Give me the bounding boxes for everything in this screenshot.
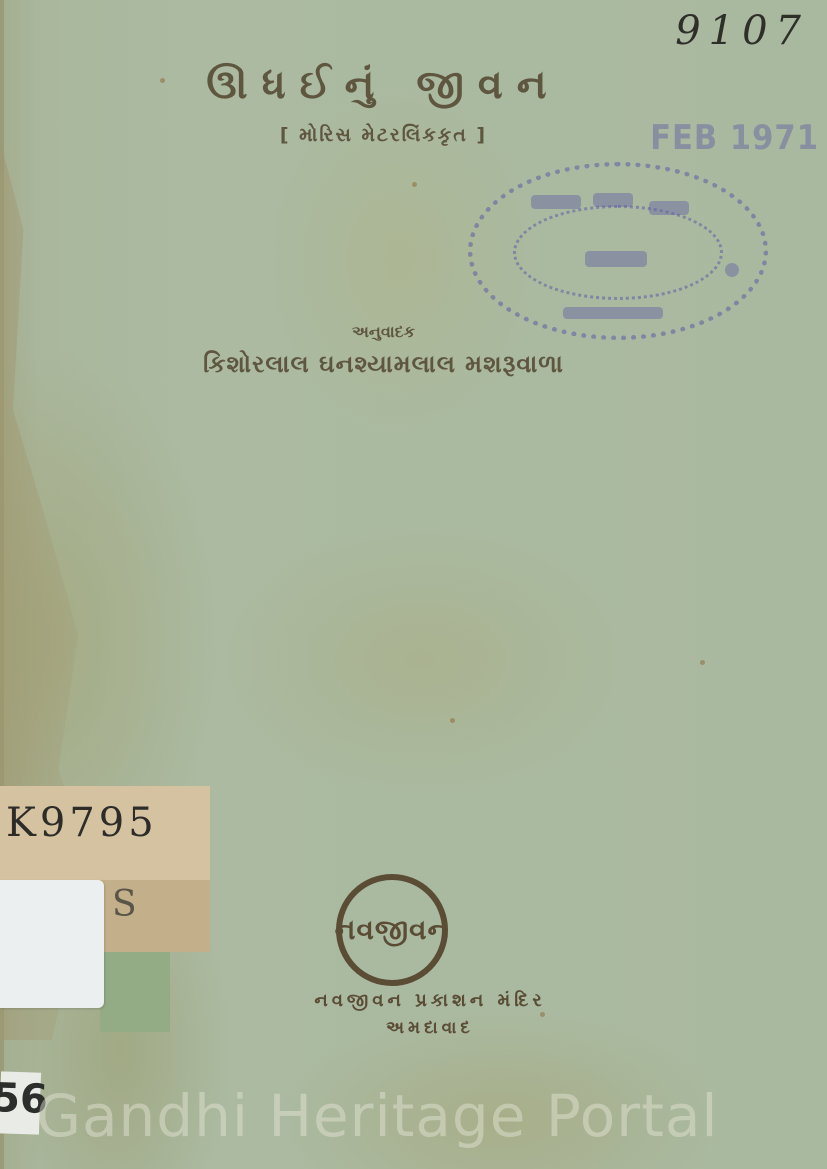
translator-label: અનુવાદક	[0, 322, 827, 342]
book-cover: 9107 FEB 1971 ઊધઈનું જીવન [ મોરિસ મેટરલિ…	[0, 0, 827, 1169]
publisher-logo-text: નવજીવન	[335, 913, 450, 947]
white-sticker	[0, 880, 104, 1008]
publisher-logo: નવજીવન	[336, 874, 448, 986]
library-label: K9795	[0, 786, 210, 882]
stamp-text-blot	[563, 307, 663, 319]
book-subtitle: [ મોરિસ મેટરલિંકકૃત ]	[0, 124, 827, 146]
side-tag: 56	[0, 1071, 41, 1134]
paper-speck	[450, 718, 455, 723]
stamp-text-blot	[531, 195, 581, 209]
tape-residue	[100, 952, 170, 1032]
stamp-text-blot	[649, 201, 689, 215]
paper-speck	[540, 1012, 545, 1017]
library-code: K9795	[6, 800, 158, 846]
publisher-name: નવજીવન પ્રકાશન મંદિર	[280, 990, 580, 1011]
library-label-lower: S	[100, 880, 210, 952]
library-oval-stamp	[468, 162, 768, 340]
translator-name: કિશોરલાલ ઘનશ્યામલાલ મશરૂવાળા	[0, 350, 827, 378]
stamp-text-blot	[593, 193, 633, 207]
paper-speck	[700, 660, 705, 665]
library-code-suffix: S	[112, 884, 137, 925]
book-title: ઊધઈનું જીવન	[0, 62, 827, 108]
publisher-city: અમદાવાદ	[280, 1018, 580, 1038]
handwritten-accession-number: 9107	[675, 8, 809, 54]
stamp-text-blot	[585, 251, 647, 267]
stamp-dot	[725, 263, 739, 277]
watermark: Gandhi Heritage Portal	[36, 1082, 719, 1150]
paper-speck	[412, 182, 417, 187]
